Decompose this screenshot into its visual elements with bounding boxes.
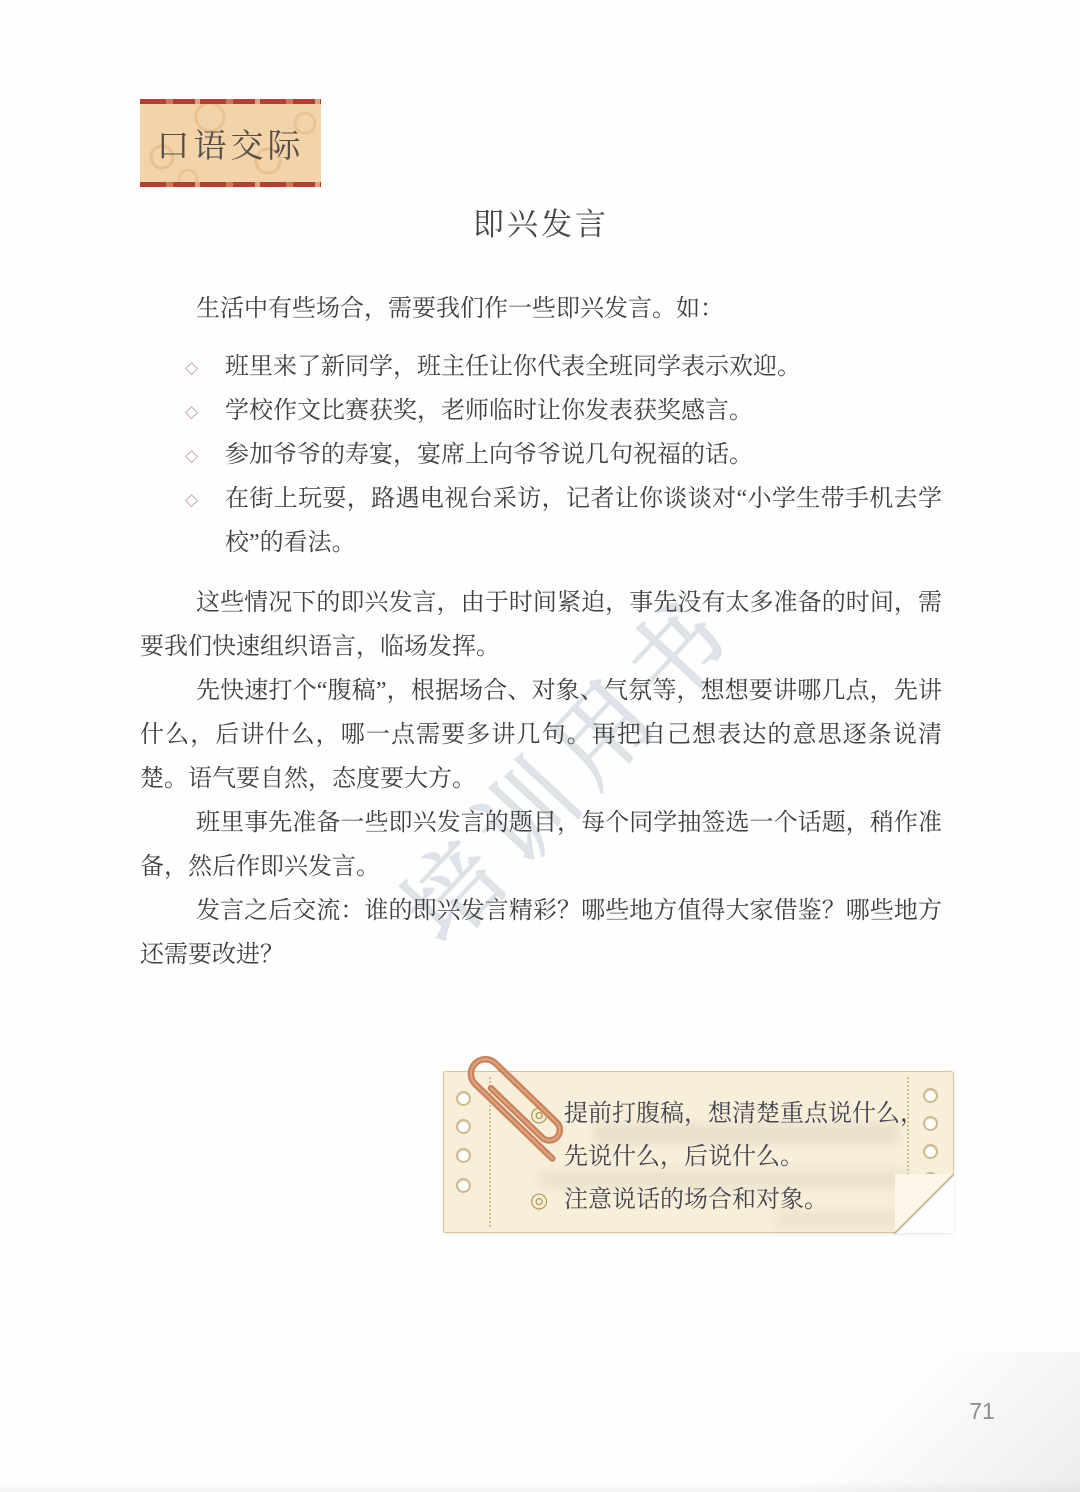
list-item: ◇ 参加爷爷的寿宴，宴席上向爷爷说几句祝福的话。	[140, 433, 942, 477]
tip-item: ◎ 注意说话的场合和对象。	[530, 1179, 944, 1222]
list-item-text: 在街上玩耍，路遇电视台采访，记者让你谈谈对“小学生带手机去学校”的看法。	[225, 486, 942, 556]
punch-hole	[456, 1178, 471, 1193]
list-item: ◇ 在街上玩耍，路遇电视台采访，记者让你谈谈对“小学生带手机去学校”的看法。	[140, 477, 942, 565]
tip-item-text: 提前打腹稿，想清楚重点说什么，先说什么，后说什么。	[564, 1101, 924, 1170]
tip-card: ◎ 提前打腹稿，想清楚重点说什么，先说什么，后说什么。 ◎ 注意说话的场合和对象…	[443, 1071, 954, 1233]
folded-corner	[895, 1174, 954, 1233]
tip-item: ◎ 提前打腹稿，想清楚重点说什么，先说什么，后说什么。	[530, 1093, 944, 1179]
tip-item-text: 注意说话的场合和对象。	[564, 1187, 828, 1213]
list-item-text: 学校作文比赛获奖，老师临时让你发表获奖感言。	[225, 398, 753, 424]
list-item: ◇ 学校作文比赛获奖，老师临时让你发表获奖感言。	[140, 389, 942, 433]
punch-hole	[456, 1148, 471, 1163]
body-paragraph: 发言之后交流：谁的即兴发言精彩？哪些地方值得大家借鉴？哪些地方还需要改进？	[140, 889, 942, 977]
lesson-body: 生活中有些场合，需要我们作一些即兴发言。如： ◇ 班里来了新同学，班主任让你代表…	[140, 287, 942, 977]
list-item: ◇ 班里来了新同学，班主任让你代表全班同学表示欢迎。	[140, 345, 942, 389]
example-list: ◇ 班里来了新同学，班主任让你代表全班同学表示欢迎。 ◇ 学校作文比赛获奖，老师…	[140, 345, 942, 565]
body-paragraph: 先快速打个“腹稿”，根据场合、对象、气氛等，想想要讲哪几点，先讲什么，后讲什么，…	[140, 669, 942, 801]
diamond-bullet-icon: ◇	[185, 390, 198, 434]
list-item-text: 参加爷爷的寿宴，宴席上向爷爷说几句祝福的话。	[225, 442, 753, 468]
section-badge: 口语交际	[140, 99, 321, 187]
scan-artifact	[740, 1352, 1080, 1492]
list-item-text: 班里来了新同学，班主任让你代表全班同学表示欢迎。	[225, 354, 801, 380]
diamond-bullet-icon: ◇	[185, 434, 198, 478]
scan-artifact	[0, 1482, 1080, 1492]
intro-paragraph: 生活中有些场合，需要我们作一些即兴发言。如：	[140, 287, 942, 331]
diamond-bullet-icon: ◇	[185, 478, 198, 522]
section-badge-label: 口语交际	[157, 120, 305, 167]
punch-hole	[456, 1119, 471, 1134]
double-circle-icon: ◎	[530, 1179, 548, 1222]
body-paragraph: 这些情况下的即兴发言，由于时间紧迫，事先没有太多准备的时间，需要我们快速组织语言…	[140, 581, 942, 669]
diamond-bullet-icon: ◇	[185, 346, 198, 390]
tip-list: ◎ 提前打腹稿，想清楚重点说什么，先说什么，后说什么。 ◎ 注意说话的场合和对象…	[530, 1093, 944, 1222]
lesson-title: 即兴发言	[140, 199, 942, 244]
body-paragraph: 班里事先准备一些即兴发言的题目，每个同学抽签选一个话题，稍作准备，然后作即兴发言…	[140, 801, 942, 889]
textbook-page: 口语交际 即兴发言 培训用书 生活中有些场合，需要我们作一些即兴发言。如： ◇ …	[0, 0, 1080, 1492]
